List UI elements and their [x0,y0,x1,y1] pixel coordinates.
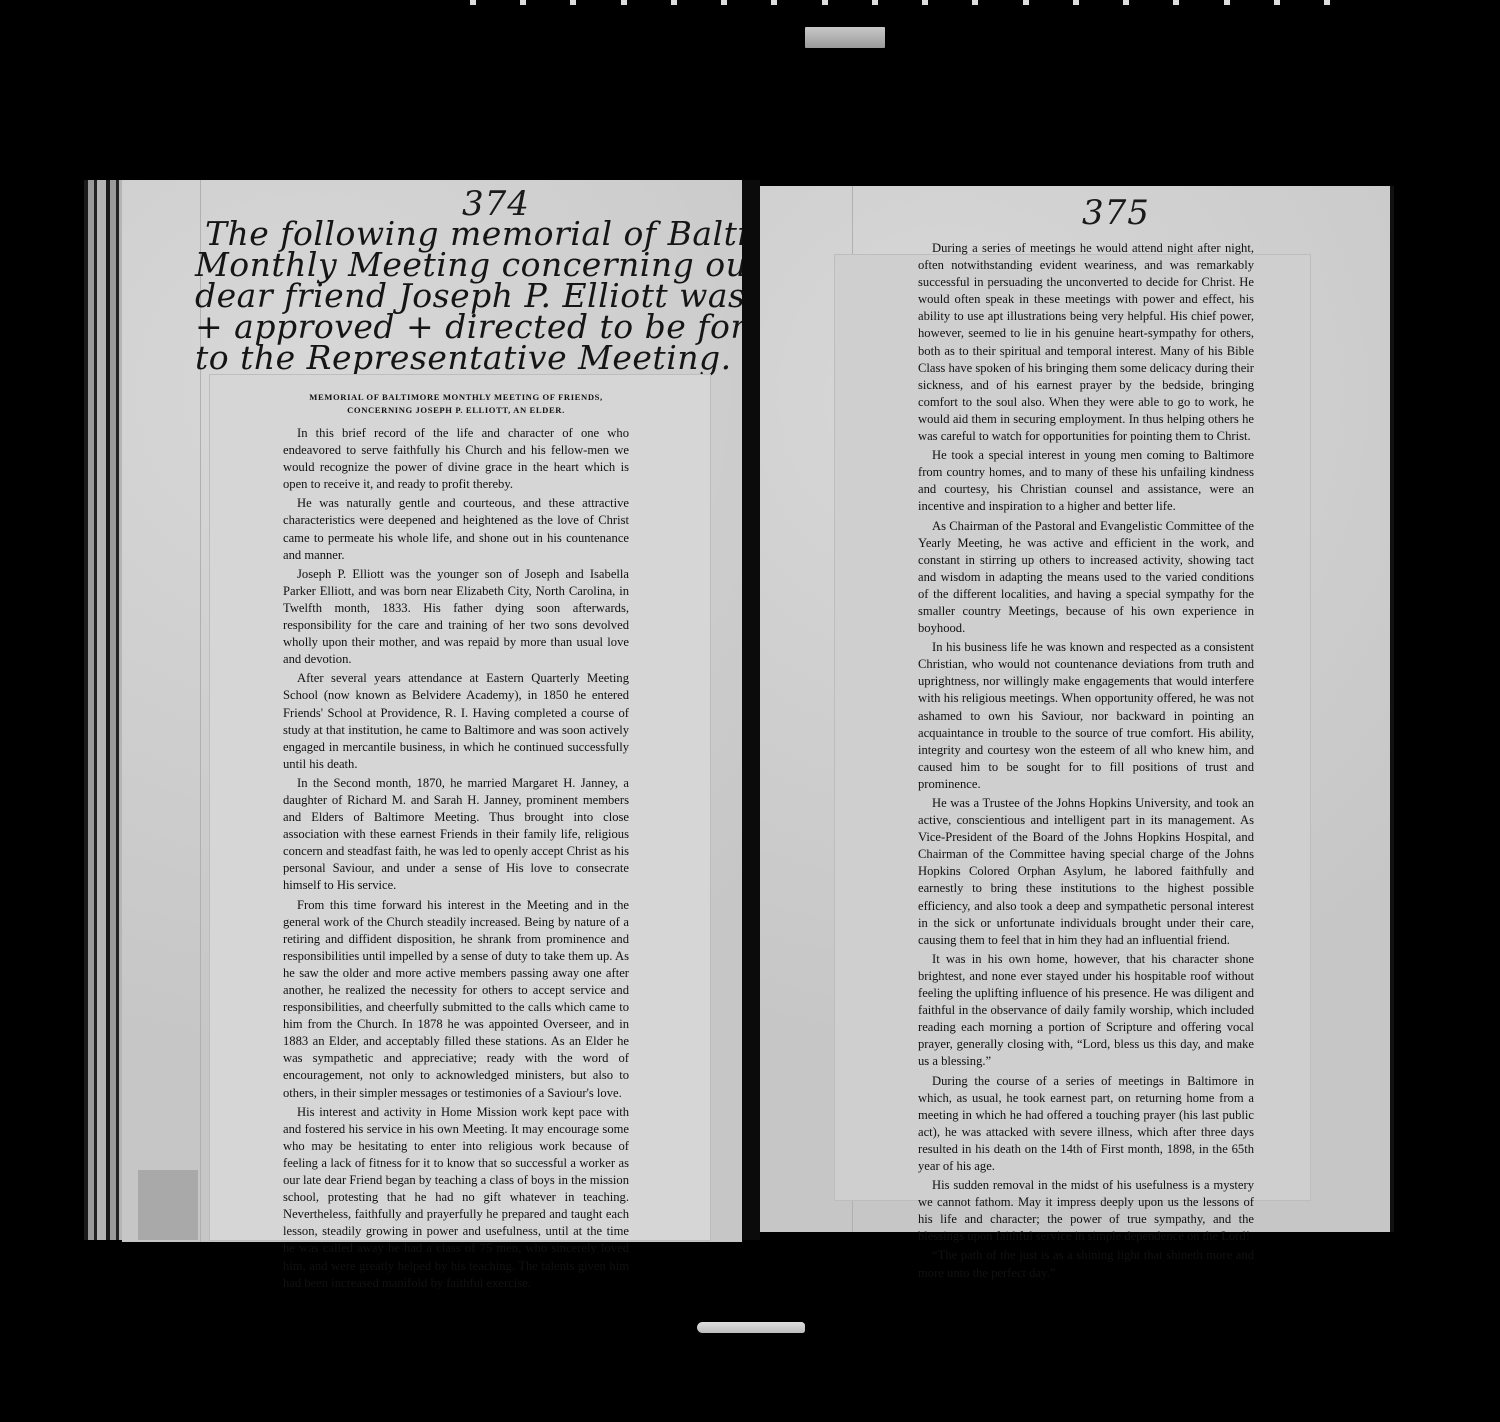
paragraph: As Chairman of the Pastoral and Evangeli… [918,518,1254,638]
book-binding-edge [84,180,126,1240]
top-film-edge-marks [470,0,1330,8]
memorial-heading: MEMORIAL OF BALTIMORE MONTHLY MEETING OF… [283,391,629,417]
paragraph: He took a special interest in young men … [918,447,1254,515]
page-number-right: 375 [1082,193,1150,233]
paper-stain [138,1170,198,1240]
paragraph: During a series of meetings he would att… [918,240,1254,445]
book-gutter [742,180,760,1240]
paragraph: He was a Trustee of the Johns Hopkins Un… [918,795,1254,949]
paragraph: After several years attendance at Easter… [283,670,629,773]
paragraph: He was naturally gentle and courteous, a… [283,495,629,563]
paragraph: In the Second month, 1870, he married Ma… [283,775,629,895]
paragraph: His sudden removal in the midst of his u… [918,1177,1254,1245]
handwriting-line: to the Representative Meeting. [195,342,755,373]
memorial-text-right: During a series of meetings he would att… [918,240,1254,1284]
film-target-label [805,27,885,48]
memorial-heading-line2: CONCERNING JOSEPH P. ELLIOTT, AN ELDER. [283,404,629,417]
memorial-text-left: MEMORIAL OF BALTIMORE MONTHLY MEETING OF… [283,383,629,1294]
paragraph: His interest and activity in Home Missio… [283,1104,629,1292]
paragraph: In his business life he was known and re… [918,639,1254,793]
paragraph: During the course of a series of meeting… [918,1073,1254,1176]
closing-quotation: “The path of the just is as a shining li… [918,1247,1254,1281]
paragraph: In this brief record of the life and cha… [283,425,629,493]
paragraph: Joseph P. Elliott was the younger son of… [283,566,629,669]
paragraph: From this time forward his interest in t… [283,897,629,1102]
handwritten-minute: The following memorial of Baltimore Mont… [195,218,755,373]
film-bottom-tab [697,1322,805,1333]
memorial-heading-line1: MEMORIAL OF BALTIMORE MONTHLY MEETING OF… [283,391,629,404]
paragraph: It was in his own home, however, that hi… [918,951,1254,1071]
